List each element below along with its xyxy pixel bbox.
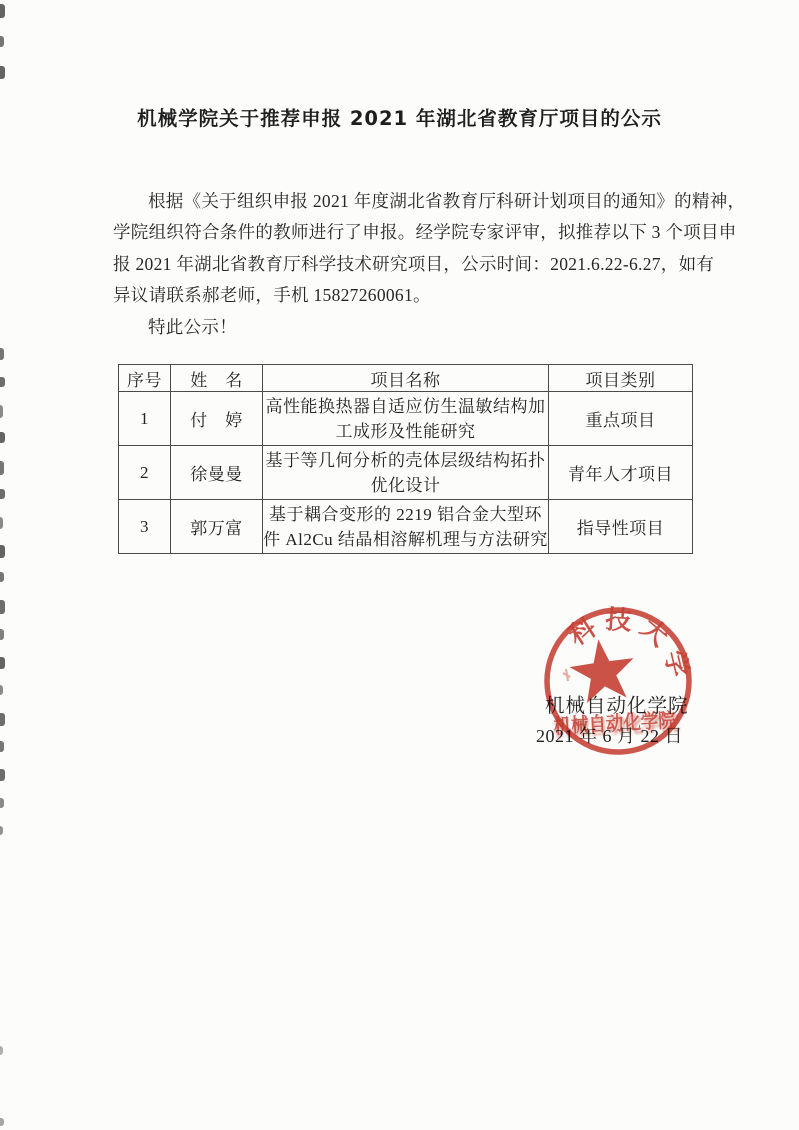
body-line: 特此公示！ [113, 312, 698, 343]
edge-mark [0, 489, 5, 499]
stamp-partial-mark [563, 669, 570, 681]
edge-mark [0, 377, 5, 387]
cell-category: 重点项目 [549, 392, 693, 446]
header-project: 项目名称 [263, 365, 549, 392]
edge-mark [0, 432, 5, 443]
body-line: 学院组织符合条件的教师进行了申报。经学院专家评审，拟推荐以下 3 个项目申 [113, 217, 698, 248]
edge-mark [0, 600, 5, 614]
table-row: 1 付 婷 高性能换热器自适应仿生温敏结构加工成形及性能研究 重点项目 [119, 392, 693, 446]
body-line: 异议请联系郝老师，手机 15827260061。 [113, 280, 698, 311]
edge-mark [0, 657, 5, 669]
edge-mark [0, 545, 5, 558]
edge-mark [0, 517, 3, 529]
body-line: 报 2021 年湖北省教育厅科学技术研究项目，公示时间：2021.6.22-6.… [113, 249, 698, 280]
body-paragraph: 根据《关于组织申报 2021 年度湖北省教育厅科研计划项目的通知》的精神， 学院… [113, 186, 698, 343]
header-name: 姓 名 [171, 365, 263, 392]
edge-mark [0, 769, 5, 781]
page-title: 机械学院关于推荐申报 2021 年湖北省教育厅项目的公示 [0, 103, 799, 131]
edge-mark [0, 348, 4, 360]
cell-no: 1 [119, 392, 171, 446]
edge-mark [0, 629, 4, 640]
cell-project: 基于耦合变形的 2219 铝合金大型环件 Al2Cu 结晶相溶解机理与方法研究 [263, 500, 549, 554]
header-no: 序号 [119, 365, 171, 392]
cell-no: 2 [119, 446, 171, 500]
official-stamp: 科技大学 机械自动化学院 机械自动化学院 [525, 585, 725, 785]
cell-project: 基于等几何分析的壳体层级结构拓扑优化设计 [263, 446, 549, 500]
edge-mark [0, 405, 3, 418]
cell-no: 3 [119, 500, 171, 554]
edge-mark [0, 1046, 3, 1055]
edge-mark [0, 572, 4, 582]
projects-table: 序号 姓 名 项目名称 项目类别 1 付 婷 高性能换热器自适应仿生温敏结构加工… [118, 364, 693, 554]
cell-category: 青年人才项目 [549, 446, 693, 500]
edge-mark [0, 798, 4, 808]
edge-mark [0, 4, 5, 18]
edge-mark [0, 713, 5, 726]
table-row: 2 徐曼曼 基于等几何分析的壳体层级结构拓扑优化设计 青年人才项目 [119, 446, 693, 500]
edge-mark [0, 461, 4, 475]
body-line: 根据《关于组织申报 2021 年度湖北省教育厅科研计划项目的通知》的精神， [113, 186, 698, 217]
cell-category: 指导性项目 [549, 500, 693, 554]
cell-name: 郭万富 [171, 500, 263, 554]
edge-mark [0, 741, 4, 752]
cell-name: 徐曼曼 [171, 446, 263, 500]
cell-name: 付 婷 [171, 392, 263, 446]
edge-mark [0, 36, 4, 47]
edge-mark [0, 685, 3, 695]
header-category: 项目类别 [549, 365, 693, 392]
edge-mark [0, 826, 3, 835]
table-row: 3 郭万富 基于耦合变形的 2219 铝合金大型环件 Al2Cu 结晶相溶解机理… [119, 500, 693, 554]
edge-mark [0, 1118, 4, 1126]
cell-project: 高性能换热器自适应仿生温敏结构加工成形及性能研究 [263, 392, 549, 446]
edge-mark [0, 66, 5, 79]
table-header-row: 序号 姓 名 项目名称 项目类别 [119, 365, 693, 392]
document-page: 机械学院关于推荐申报 2021 年湖北省教育厅项目的公示 根据《关于组织申报 2… [0, 0, 799, 1130]
